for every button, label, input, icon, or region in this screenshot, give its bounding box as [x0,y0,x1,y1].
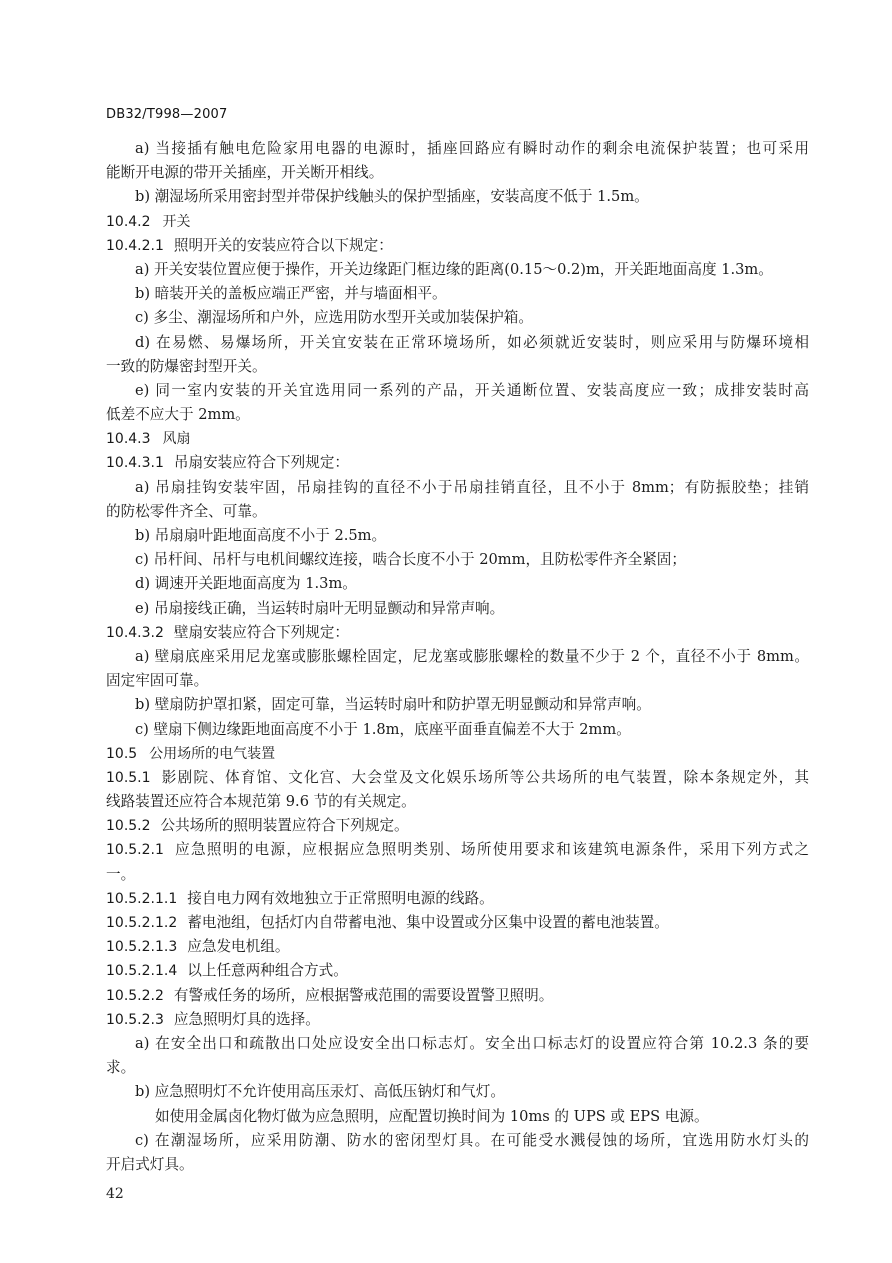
clause-number: 10.5.2.1.1 [106,891,177,907]
clause-number: 10.5.1 [106,770,151,786]
clause-line: 10.4.3.1吊扇安装应符合下列规定： [106,451,809,475]
clause-text: 应急发电机组。 [187,938,289,955]
clause-line: 10.5.2.3应急照明灯具的选择。 [106,1008,809,1032]
section-title: 开关 [163,214,191,230]
list-item-line: c) 吊杆间、吊杆与电机间螺纹连接，啮合长度不小于 20mm，且防松零件齐全紧固… [106,548,809,572]
section-number: 10.4.3 [106,431,151,447]
page-number: 42 [106,1186,124,1202]
list-item-line: b) 潮湿场所采用密封型并带保护线触头的保护型插座，安装高度不低于 1.5m。 [106,185,809,209]
document-body: a) 当接插有触电危险家用电器的电源时，插座回路应有瞬时动作的剩余电流保护装置；… [106,137,809,1177]
clause-line: 10.5.2.1.3应急发电机组。 [106,935,809,959]
list-item-line: c) 壁扇下侧边缘距地面高度不小于 1.8m，底座平面垂直偏差不大于 2mm。 [106,718,809,742]
list-item-line: c) 在潮湿场所，应采用防潮、防水的密闭型灯具。在可能受水溅侵蚀的场所，宜选用防… [106,1129,809,1153]
standard-code-header: DB32/T998—2007 [106,107,228,122]
list-item-line: e) 同一室内安装的开关宜选用同一系列的产品，开关通断位置、安装高度应一致；成排… [106,379,809,403]
continuation-line: 的防松零件齐全、可靠。 [106,500,809,524]
clause-number: 10.4.3.2 [106,625,164,641]
list-item-line: c) 多尘、潮湿场所和户外，应选用防水型开关或加装保护箱。 [106,306,809,330]
clause-text: 以上任意两种组合方式。 [187,962,348,979]
continuation-line: 低差不应大于 2mm。 [106,403,809,427]
clause-text: 应急照明灯具的选择。 [174,1011,320,1028]
section-heading: 10.4.2开关 [106,210,809,234]
clause-text: 吊扇安装应符合下列规定： [174,454,349,471]
clause-text: 应急照明的电源，应根据应急照明类别、场所使用要求和该建筑电源条件，采用下列方式之 [174,841,809,858]
list-item-line: a) 壁扇底座采用尼龙塞或膨胀螺栓固定，尼龙塞或膨胀螺栓的数量不少于 2 个，直… [106,645,809,669]
clause-line: 10.5.2.1应急照明的电源，应根据应急照明类别、场所使用要求和该建筑电源条件… [106,838,809,862]
list-item-line: b) 吊扇扇叶距地面高度不小于 2.5m。 [106,524,809,548]
clause-number: 10.5.2 [106,818,151,834]
clause-number: 10.4.2.1 [106,238,164,254]
continuation-line: 开启式灯具。 [106,1153,809,1177]
clause-text: 接自电力网有效地独立于正常照明电源的线路。 [187,890,493,907]
clause-number: 10.5.2.1.4 [106,963,177,979]
continuation-line: 线路装置还应符合本规范第 9.6 节的有关规定。 [106,790,809,814]
clause-number: 10.5.2.1 [106,842,164,858]
clause-line: 10.5.2.1.2蓄电池组，包括灯内自带蓄电池、集中设置或分区集中设置的蓄电池… [106,911,809,935]
section-heading: 10.4.3风扇 [106,427,809,451]
continuation-line: 一致的防爆密封型开关。 [106,355,809,379]
clause-text: 公共场所的照明装置应符合下列规定。 [161,817,409,834]
list-item-line: a) 当接插有触电危险家用电器的电源时，插座回路应有瞬时动作的剩余电流保护装置；… [106,137,809,161]
clause-line: 10.5.2.1.1接自电力网有效地独立于正常照明电源的线路。 [106,887,809,911]
list-item-line: 如使用金属卤化物灯做为应急照明，应配置切换时间为 10ms 的 UPS 或 EP… [106,1105,809,1129]
continuation-line: 求。 [106,1056,809,1080]
clause-line: 10.4.2.1照明开关的安装应符合以下规定： [106,234,809,258]
list-item-line: d) 在易燃、易爆场所，开关宜安装在正常环境场所，如必须就近安装时，则应采用与防… [106,331,809,355]
clause-text: 照明开关的安装应符合以下规定： [174,237,393,254]
clause-line: 10.5.1影剧院、体育馆、文化宫、大会堂及文化娱乐场所等公共场所的电气装置，除… [106,766,809,790]
section-number: 10.4.2 [106,214,151,230]
clause-number: 10.5.2.2 [106,988,164,1004]
clause-number: 10.5.2.1.3 [106,939,177,955]
section-number: 10.5 [106,746,137,762]
clause-line: 10.5.2.2有警戒任务的场所，应根据警戒范围的需要设置警卫照明。 [106,984,809,1008]
clause-number: 10.5.2.3 [106,1012,164,1028]
clause-text: 壁扇安装应符合下列规定： [174,624,349,641]
section-heading: 10.5公用场所的电气装置 [106,742,809,766]
list-item-line: b) 暗装开关的盖板应端正严密，并与墙面相平。 [106,282,809,306]
list-item-line: e) 吊扇接线正确，当运转时扇叶无明显颤动和异常声响。 [106,597,809,621]
section-title: 公用场所的电气装置 [149,746,275,762]
clause-line: 10.4.3.2壁扇安装应符合下列规定： [106,621,809,645]
list-item-line: a) 开关安装位置应便于操作，开关边缘距门框边缘的距离(0.15～0.2)m，开… [106,258,809,282]
clause-number: 10.4.3.1 [106,455,164,471]
section-title: 风扇 [163,431,191,447]
continuation-line: 固定牢固可靠。 [106,669,809,693]
list-item-line: a) 吊扇挂钩安装牢固，吊扇挂钩的直径不小于吊扇挂销直径，且不小于 8mm；有防… [106,476,809,500]
clause-text: 影剧院、体育馆、文化宫、大会堂及文化娱乐场所等公共场所的电气装置，除本条规定外，… [161,769,809,786]
list-item-line: d) 调速开关距地面高度为 1.3m。 [106,572,809,596]
list-item-line: b) 应急照明灯不允许使用高压汞灯、高低压钠灯和气灯。 [106,1080,809,1104]
clause-line: 10.5.2.1.4以上任意两种组合方式。 [106,959,809,983]
clause-text: 有警戒任务的场所，应根据警戒范围的需要设置警卫照明。 [174,987,553,1004]
continuation-line: 能断开电源的带开关插座，开关断开相线。 [106,161,809,185]
continuation-line: 一。 [106,863,809,887]
clause-line: 10.5.2公共场所的照明装置应符合下列规定。 [106,814,809,838]
clause-number: 10.5.2.1.2 [106,915,177,931]
list-item-line: b) 壁扇防护罩扣紧，固定可靠，当运转时扇叶和防护罩无明显颤动和异常声响。 [106,693,809,717]
list-item-line: a) 在安全出口和疏散出口处应设安全出口标志灯。安全出口标志灯的设置应符合第 1… [106,1032,809,1056]
clause-text: 蓄电池组，包括灯内自带蓄电池、集中设置或分区集中设置的蓄电池装置。 [187,914,669,931]
